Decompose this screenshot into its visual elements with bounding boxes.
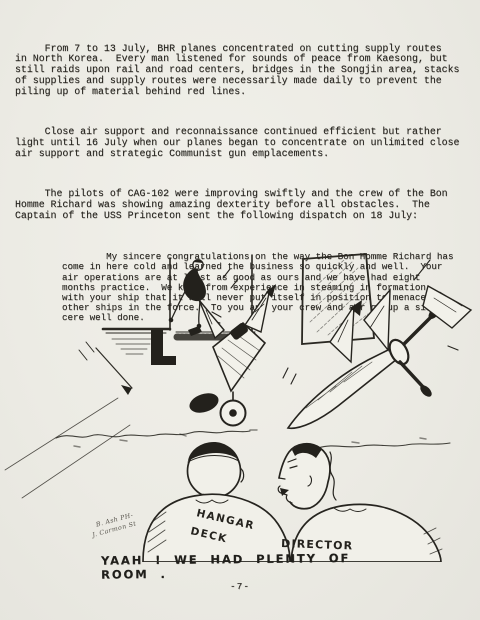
scanned-document-page: From 7 to 13 July, BHR planes concentrat… xyxy=(0,0,480,620)
sailor-above-figure xyxy=(169,260,238,336)
body-paragraph-3: The pilots of CAG-102 were improving swi… xyxy=(15,189,472,221)
body-paragraph-1: From 7 to 13 July, BHR planes concentrat… xyxy=(15,44,472,98)
artist-signature: B. Ash PH- J. Carmon St xyxy=(87,512,137,540)
plane-wreckage xyxy=(187,260,471,428)
sailor-hangar-deck-figure xyxy=(143,442,290,562)
cartoon-illustration: HANGAR DECK DIRECTOR B. Ash PH- J. Carmo… xyxy=(0,250,480,562)
body-paragraph-2: Close air support and reconnaissance con… xyxy=(15,127,472,159)
cartoon-caption: YAAH ! WE HAD PLENTY OF ROOM . xyxy=(101,550,401,581)
page-number: -7- xyxy=(0,581,480,592)
